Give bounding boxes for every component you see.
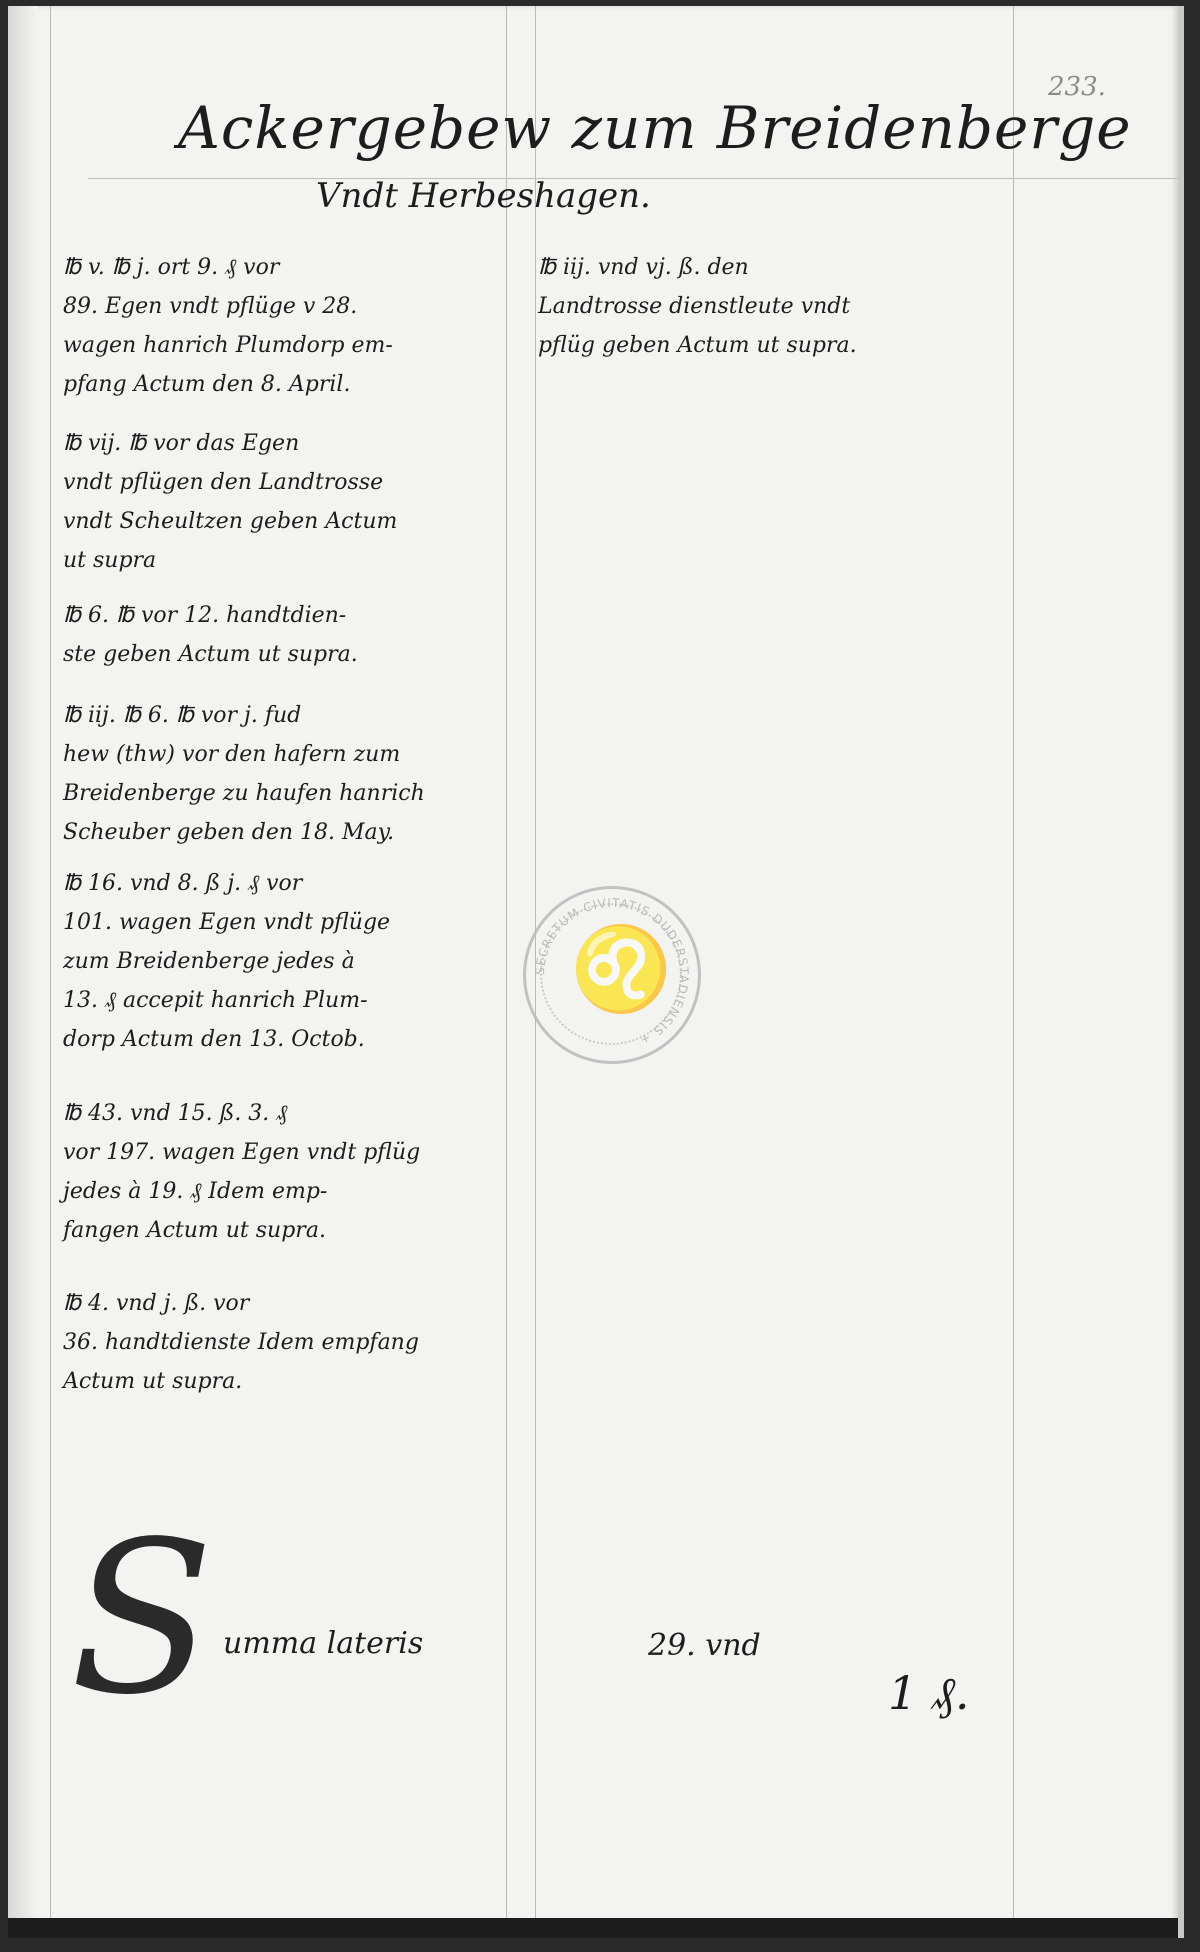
entry-line: 36. handtdienste Idem empfang — [63, 1323, 419, 1362]
entry-line: Actum ut supra. — [63, 1362, 419, 1401]
entry-6: ℔ 43. vnd 15. ß. 3. ₰ vor 197. wagen Ege… — [63, 1094, 420, 1250]
entry-line: ste geben Actum ut supra. — [63, 635, 358, 674]
entry-line: wagen hanrich Plumdorp em- — [63, 326, 393, 365]
entry-line: ut supra — [63, 541, 397, 580]
entry-line: vor 197. wagen Egen vndt pflüg — [63, 1133, 420, 1172]
entry-line: ℔ 6. ℔ vor 12. handtdien- — [63, 596, 358, 635]
entry-line: ℔ 4. vnd j. ß. vor — [63, 1284, 419, 1323]
summa-pennies: 1 ₰. — [888, 1666, 970, 1720]
entry-line: 89. Egen vndt pflüge v 28. — [63, 287, 393, 326]
book-edge-shadow — [8, 1918, 1178, 1938]
page-title: Ackergebew zum Breidenberge — [178, 94, 1132, 162]
entry-right-1: ℔ iij. vnd vj. ß. den Landtrosse dienstl… — [538, 248, 857, 365]
manuscript-page: 233. Ackergebew zum Breidenberge Vndt He… — [8, 6, 1184, 1938]
entry-line: ℔ vij. ℔ vor das Egen — [63, 424, 397, 463]
entry-line: Landtrosse dienstleute vndt — [538, 287, 857, 326]
entry-1: ℔ v. ℔ j. ort 9. ₰ vor 89. Egen vndt pfl… — [63, 248, 393, 404]
entry-line: ℔ iij. vnd vj. ß. den — [538, 248, 857, 287]
entry-line: 13. ₰ accepit hanrich Plum- — [63, 981, 390, 1020]
entry-line: pfang Actum den 8. April. — [63, 365, 393, 404]
entry-line: jedes à 19. ₰ Idem emp- — [63, 1172, 420, 1211]
entry-line: hew (thw) vor den hafern zum — [63, 735, 425, 774]
entry-line: 101. wagen Egen vndt pflüge — [63, 903, 390, 942]
entry-line: dorp Actum den 13. Octob. — [63, 1020, 390, 1059]
lion-rampant-icon: ♌ — [570, 929, 672, 1011]
entry-line: zum Breidenberge jedes à — [63, 942, 390, 981]
entry-line: ℔ 43. vnd 15. ß. 3. ₰ — [63, 1094, 420, 1133]
entry-7: ℔ 4. vnd j. ß. vor 36. handtdienste Idem… — [63, 1284, 419, 1401]
margin-rule-left — [50, 6, 51, 1938]
entry-4: ℔ iij. ℔ 6. ℔ vor j. fud hew (thw) vor d… — [63, 696, 425, 852]
margin-rule-right — [1013, 6, 1014, 1938]
entry-5: ℔ 16. vnd 8. ß j. ₰ vor 101. wagen Egen … — [63, 864, 390, 1059]
entry-line: vndt Scheultzen geben Actum — [63, 502, 397, 541]
city-seal-stamp: SECRETUM CIVITATIS DUDERSTADIENSIS + ♌ — [523, 886, 701, 1064]
entry-line: fangen Actum ut supra. — [63, 1211, 420, 1250]
spine-shadow — [8, 6, 38, 1938]
page-subtitle: Vndt Herbeshagen. — [316, 176, 651, 216]
entry-line: ℔ v. ℔ j. ort 9. ₰ vor — [63, 248, 393, 287]
entry-line: Scheuber geben den 18. May. — [63, 813, 425, 852]
entry-line: pflüg geben Actum ut supra. — [538, 326, 857, 365]
entry-line: vndt pflügen den Landtrosse — [63, 463, 397, 502]
entry-3: ℔ 6. ℔ vor 12. handtdien- ste geben Actu… — [63, 596, 358, 674]
summa-text: umma lateris — [223, 1626, 423, 1661]
entry-line: ℔ 16. vnd 8. ß j. ₰ vor — [63, 864, 390, 903]
entry-line: ℔ iij. ℔ 6. ℔ vor j. fud — [63, 696, 425, 735]
entry-2: ℔ vij. ℔ vor das Egen vndt pflügen den L… — [63, 424, 397, 580]
summa-amount: 29. vnd — [648, 1628, 761, 1663]
column-rule-1 — [506, 6, 507, 1938]
entry-line: Breidenberge zu haufen hanrich — [63, 774, 425, 813]
summa-initial: S — [70, 1514, 214, 1724]
